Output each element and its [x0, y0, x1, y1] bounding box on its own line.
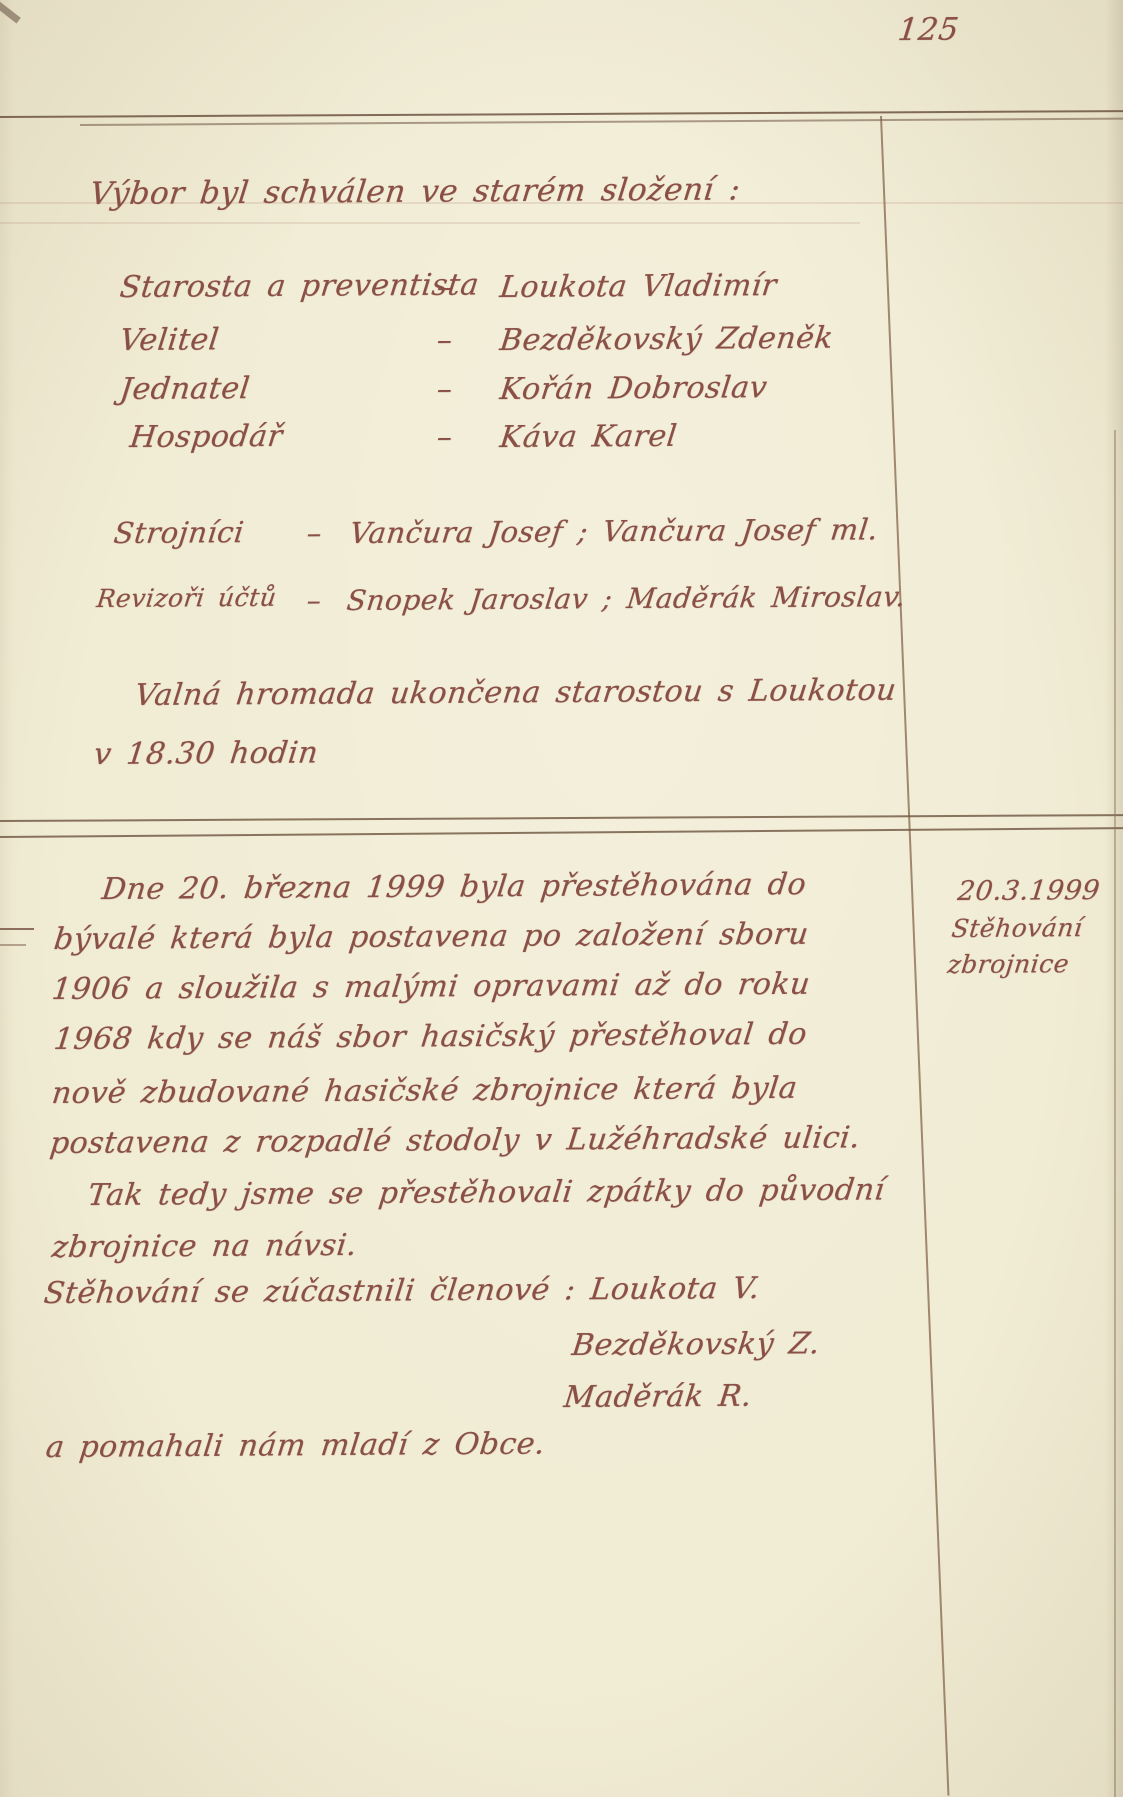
entry-line: postavena z rozpadlé stodoly v Lužéhrads…	[48, 1120, 862, 1161]
entry-line: 1906 a sloužila s malými opravami až do …	[50, 967, 812, 1007]
entry-line: zbrojnice na návsi.	[50, 1228, 359, 1265]
moving-entry-section: Dne 20. března 1999 byla přestěhována do…	[0, 0, 1123, 1797]
entry-line: 1968 kdy se náš sbor hasičský přestěhova…	[52, 1017, 809, 1057]
entry-line: bývalé která byla postavena po založení …	[52, 917, 811, 957]
participant-name: Bezděkovský Z.	[570, 1326, 822, 1363]
margin-note-line: zbrojnice	[946, 949, 1071, 979]
participant-name: Maděrák R.	[562, 1379, 754, 1415]
entry-line: Stěhování se zúčastnili členové : Loukot…	[42, 1271, 762, 1311]
entry-line: a pomahali nám mladí z Obce.	[44, 1427, 547, 1465]
entry-line: Dne 20. března 1999 byla přestěhována do	[100, 867, 808, 907]
entry-line: Tak tedy jsme se přestěhovali zpátky do …	[86, 1172, 887, 1213]
entry-line: nově zbudované hasičské zbrojnice která …	[50, 1071, 799, 1111]
margin-note-line: Stěhování	[950, 913, 1084, 943]
margin-note-date: 20.3.1999	[956, 875, 1102, 907]
